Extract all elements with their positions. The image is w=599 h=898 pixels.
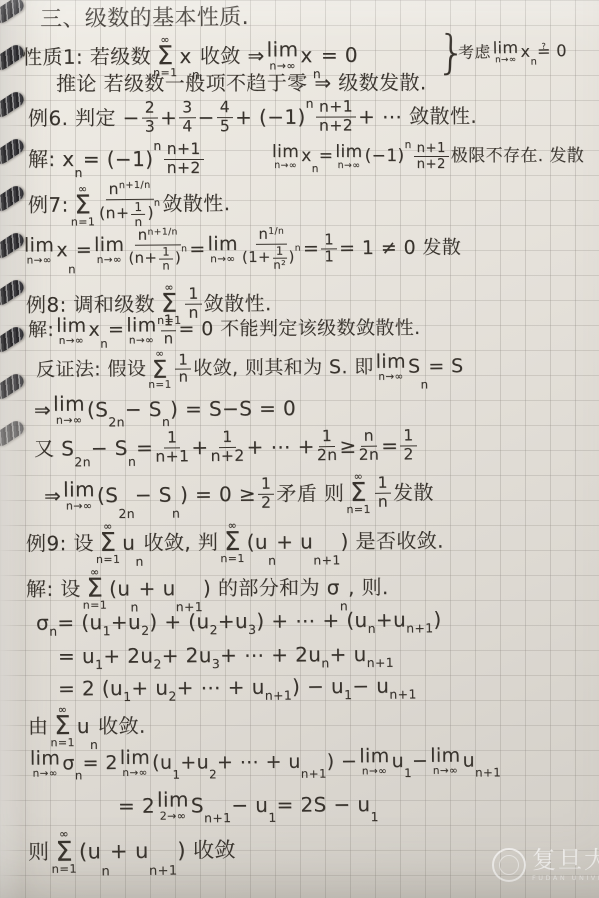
text-run: =: [76, 240, 92, 262]
text-run: n+1: [167, 142, 201, 158]
sum-lower-bound: n=1: [346, 504, 370, 515]
text-run: +u: [111, 611, 141, 634]
limit-word: lim: [63, 480, 95, 499]
text-run: ) 收敛: [177, 838, 236, 863]
text-run: n: [162, 261, 170, 273]
text-run: u: [392, 751, 405, 773]
subscript: n: [75, 167, 83, 179]
fraction-numerator: 1: [319, 429, 335, 447]
handwritten-line: 解: 设 ∞Σn=1 (un+ un+1) 的部分和为 σn, 则.: [26, 565, 389, 611]
text-run: +: [191, 436, 208, 459]
text-run: (S: [97, 484, 119, 507]
fraction-numerator: 1: [258, 477, 274, 495]
handwritten-line: ⇒ limn→∞ (S2n − Sn) = S−S = 0: [34, 393, 296, 426]
math-fraction: nn+1/n(n+1n)n: [128, 228, 187, 272]
text-run: 1: [162, 246, 170, 258]
limit-word: lim: [208, 235, 238, 253]
text-run: 1: [222, 430, 232, 446]
handwritten-line: 三、级数的基本性质.: [40, 5, 249, 32]
fraction-numerator: n+1: [164, 142, 204, 160]
fraction-numerator: nn+1/n: [106, 182, 154, 200]
fraction-denominator: (n+1n)n: [128, 245, 187, 273]
subscript: 1: [95, 659, 103, 671]
fraction-numerator: n: [361, 429, 377, 447]
text-run: 5: [220, 119, 230, 135]
text-run: , 则.: [348, 576, 389, 599]
limit-subscript: n→∞: [122, 768, 147, 779]
fraction-numerator: 1: [175, 353, 191, 370]
handwritten-line: 反证法: 假设 ∞Σn=1 1n 收敛, 则其和为 S. 即 limn→∞ Sn…: [36, 346, 464, 392]
subscript: 2: [141, 624, 149, 636]
text-run: u: [122, 531, 135, 554]
limit-subscript: n→∞: [210, 254, 235, 265]
text-run: 收敛, 则其和为 S. 即: [193, 357, 374, 380]
text-run: = 0: [321, 43, 358, 66]
spiral-coil-icon: [0, 418, 26, 449]
text-run: = 2: [83, 753, 118, 775]
subscript: 1: [344, 689, 352, 701]
sum-operator: ∞Σn=1: [148, 349, 172, 391]
text-run: =: [303, 239, 319, 261]
spiral-coil-icon: [0, 324, 26, 355]
limit-operator: limn→∞: [63, 480, 95, 511]
spiral-coil-icon: [0, 230, 26, 261]
text-run: −: [412, 751, 428, 773]
limit-operator: limn→∞: [376, 353, 407, 383]
text-run: 三、级数的基本性质.: [40, 5, 249, 32]
limit-word: lim: [120, 749, 150, 767]
text-run: S: [408, 357, 421, 379]
limit-word: lim: [376, 353, 406, 371]
limit-operator: limn→∞: [430, 747, 460, 777]
sigma-symbol: Σ: [157, 45, 174, 67]
text-run: + ⋯ 敛散性.: [358, 104, 477, 128]
fraction-numerator: 1: [161, 314, 177, 331]
text-run: u: [77, 715, 90, 738]
fraction-denominator: 2: [403, 446, 413, 463]
fraction-denominator: n²: [273, 259, 286, 272]
text-run: n: [164, 332, 174, 347]
fraction-numerator: 1: [219, 430, 235, 448]
fraction-denominator: 3: [145, 118, 155, 135]
text-run: 2: [403, 447, 413, 463]
superscript: n: [153, 140, 161, 152]
text-run: 反证法: 假设: [36, 359, 146, 382]
subscript: 1: [404, 768, 412, 780]
text-run: +: [160, 106, 177, 129]
text-run: − S: [91, 436, 128, 459]
text-run: = 2 (u: [58, 677, 123, 701]
fraction-denominator: n: [162, 260, 170, 273]
fraction-numerator: 1: [164, 430, 180, 448]
text-run: 1: [322, 429, 332, 445]
limit-word: lim: [430, 747, 460, 765]
text-run: = 1 ≠ 0 发散: [339, 238, 461, 261]
text-run: 发散: [393, 481, 434, 504]
sigma-symbol: Σ: [86, 578, 103, 600]
text-run: =: [189, 239, 205, 261]
sum-operator: ∞Σn=1: [220, 520, 245, 564]
text-run: ⇒: [44, 484, 61, 507]
text-run: 1: [134, 200, 142, 212]
math-fraction: n+1n+2: [316, 99, 356, 133]
fraction-denominator: n+2: [211, 447, 245, 464]
sigma-symbol: Σ: [350, 482, 367, 504]
subscript: n+1: [475, 767, 501, 779]
limit-subscript: n→∞: [274, 161, 297, 170]
math-fraction: n2n: [358, 429, 379, 463]
handwritten-line: 例6. 判定 −23 + 34 − 45 + (−1)n n+1n+2 + ⋯ …: [28, 99, 477, 136]
superscript: n: [405, 140, 412, 151]
handwritten-line: 由 ∞Σn=1 un 收敛.: [28, 704, 146, 749]
text-run: ): [433, 608, 441, 631]
subscript: n+1: [204, 812, 231, 825]
limit-operator: limn→∞: [94, 236, 124, 266]
subscript: 2n: [74, 456, 91, 469]
text-run: x: [301, 147, 311, 167]
text-run: + (−1): [235, 105, 306, 128]
text-run: n: [178, 371, 188, 386]
subscript: 2n: [118, 508, 135, 521]
text-run: 性质1: 若级数: [22, 45, 151, 69]
text-run: (u: [247, 530, 268, 553]
fraction-numerator: 3: [179, 100, 195, 118]
text-run: ) + (u: [149, 610, 209, 634]
text-run: 4: [182, 119, 192, 135]
text-run: (1+: [242, 251, 271, 266]
limit-subscript: n→∞: [338, 161, 361, 170]
text-run: + ⋯ + u: [217, 752, 301, 774]
text-run: (n+: [128, 252, 157, 267]
sigma-symbol: Σ: [74, 194, 91, 216]
fraction-numerator: 1: [400, 428, 416, 446]
subscript: 1: [172, 769, 180, 781]
text-run: (S: [87, 398, 108, 421]
handwritten-line: 例7: ∞Σn=1 nn+1/n(n+1n)n 敛散性.: [28, 181, 231, 229]
sum-lower-bound: n=1: [71, 216, 95, 227]
sum-lower-bound: n=1: [96, 554, 120, 565]
text-run: +u: [376, 609, 406, 632]
subscript: 1: [371, 811, 379, 823]
text-run: n: [258, 228, 268, 243]
text-run: (u: [152, 752, 172, 774]
subscript: n+1: [265, 689, 292, 702]
handwritten-line: 解: xn = (−1)n n+1n+2: [28, 142, 206, 176]
sum-lower-bound: n=1: [148, 380, 171, 391]
text-run: 1: [261, 477, 271, 493]
limit-word: lim: [335, 144, 362, 160]
math-fraction: 12: [258, 477, 275, 511]
text-run: ) = S−S = 0: [170, 397, 296, 421]
fraction-numerator: 1: [185, 287, 201, 305]
text-run: 1: [324, 233, 334, 248]
handwritten-line: 例9: 设 ∞Σn=1 un 收敛, 判 ∞Σn=1 (un + un+1) 是…: [26, 519, 444, 566]
text-run: u: [462, 750, 475, 772]
sum-operator: ∞Σn=1: [346, 471, 371, 515]
limit-subscript: n→∞: [59, 335, 84, 346]
text-run: = (u: [57, 611, 102, 634]
math-fraction: 23: [142, 100, 159, 134]
text-run: + u: [330, 643, 367, 666]
subscript: n: [75, 770, 83, 782]
text-run: x: [520, 43, 530, 62]
text-run: + u: [110, 839, 149, 864]
spiral-coil-icon: [0, 183, 26, 214]
text-run: 1: [324, 251, 334, 266]
limit-operator: limn→∞: [359, 747, 389, 777]
text-run: ) 是否收敛.: [340, 529, 443, 553]
text-run: 极限不存在. 发散: [451, 147, 584, 167]
spiral-coil-icon: [0, 0, 26, 26]
text-run: ) − u: [292, 675, 344, 698]
text-run: ≟ 0: [537, 42, 567, 61]
fraction-denominator: 2n: [359, 446, 380, 463]
subscript: 1: [103, 625, 111, 637]
sum-operator: ∞Σn=1: [51, 829, 77, 876]
text-run: 3: [145, 119, 155, 135]
subscript: n: [172, 507, 180, 519]
text-run: + u: [276, 530, 313, 553]
subscript: 2: [153, 658, 161, 670]
text-run: − u: [352, 675, 389, 698]
limit-subscript: n→∞: [378, 372, 403, 383]
text-run: 2n: [359, 447, 380, 463]
fraction-numerator: n1/n: [255, 228, 287, 245]
text-run: + ⋯ +: [246, 435, 314, 459]
limit-word: lim: [272, 144, 299, 160]
text-run: − u: [231, 794, 268, 817]
text-run: 收敛, 判: [143, 531, 218, 555]
text-run: σ: [62, 753, 75, 775]
sum-lower-bound: n=1: [52, 863, 78, 875]
fraction-denominator: n+2: [319, 117, 353, 134]
text-run: 1: [188, 287, 198, 303]
limit-operator: limn→∞: [493, 40, 519, 65]
text-run: = (−1): [83, 148, 154, 171]
subscript: 2: [210, 624, 218, 636]
text-run: = 2S − u: [276, 793, 370, 817]
math-fraction: 12: [400, 428, 417, 462]
math-fraction: 12n: [317, 429, 338, 463]
sum-lower-bound: n=1: [220, 553, 244, 564]
math-fraction: 1n: [161, 314, 177, 347]
superscript: n: [295, 244, 301, 253]
handwritten-line: limn→∞ xn = limn→∞ (−1)n n+1n+2 极限不存在. 发…: [270, 142, 584, 172]
text-run: x: [300, 44, 312, 67]
text-run: =: [108, 320, 124, 342]
text-run: 收敛.: [98, 714, 146, 737]
subscript: n+1: [367, 657, 394, 670]
subscript: n: [128, 456, 136, 468]
math-fraction: 1n+2: [210, 430, 244, 464]
limit-operator: limn→∞: [53, 395, 85, 426]
fraction-denominator: 1: [324, 250, 334, 266]
math-fraction: nn+1/n(n+1n)n: [99, 182, 161, 228]
text-run: 敛散性.: [162, 193, 230, 217]
subscript: n+1: [389, 688, 416, 701]
text-run: − S: [135, 483, 172, 506]
text-run: = 2: [118, 795, 155, 818]
text-run: = 0 不能判定该级数敛散性.: [178, 318, 420, 341]
fraction-numerator: n+1: [316, 99, 356, 117]
limit-operator: limn→∞: [120, 749, 150, 779]
handwritten-line: 推论 若级数一般项不趋于零 ⇒ 级数发散.: [56, 71, 427, 95]
text-run: = u: [58, 645, 95, 668]
text-run: 2: [261, 495, 271, 511]
math-fraction: 1n²: [273, 245, 287, 271]
text-run: ) −: [327, 751, 358, 773]
subscript: 3: [248, 624, 256, 636]
text-run: n: [364, 429, 374, 445]
sigma-symbol: Σ: [224, 531, 241, 553]
text-run: (n+: [99, 206, 129, 222]
text-run: n+2: [319, 118, 353, 134]
limit-operator: limn→∞: [56, 316, 86, 346]
limit-word: lim: [493, 40, 519, 56]
limit-word: lim: [359, 747, 389, 765]
math-fraction: n+1n+2: [164, 142, 204, 176]
math-fraction: n1/n(1+1n²)n: [242, 228, 301, 272]
fraction-denominator: 4: [182, 118, 192, 135]
spiral-coil-icon: [0, 42, 26, 73]
text-run: 推论 若级数一般项不趋于零 ⇒ 级数发散.: [56, 71, 427, 95]
sum-operator: ∞Σn=1: [70, 183, 95, 227]
limit-operator: limn→∞: [272, 144, 299, 170]
text-run: 4: [220, 100, 230, 116]
text-run: 1: [167, 430, 177, 446]
subscript: 3: [212, 658, 220, 670]
fraction-denominator: 5: [220, 118, 230, 135]
subscript: n+1: [406, 622, 433, 635]
text-run: + u: [131, 677, 168, 700]
subscript: n: [101, 865, 110, 878]
handwriting-layer: 三、级数的基本性质.性质1: 若级数 ∞Σn=1 xn 收敛 ⇒ limn→∞ …: [0, 0, 599, 898]
handwritten-line: = 2 (u1 + u2 + ⋯ + un+1 ) − u1 − un+1: [58, 674, 417, 700]
limit-subscript: n→∞: [495, 56, 517, 65]
text-run: 考虑: [458, 44, 491, 63]
handwritten-line: 又 S2n − Sn = 1n+1 + 1n+2 + ⋯ + 12n ≥ n2n…: [34, 428, 419, 466]
text-run: =: [136, 436, 153, 459]
text-run: +u: [218, 610, 248, 633]
handwritten-line: limn→∞ xn = limn→∞ nn+1/n(n+1n)n = limn→…: [22, 226, 462, 273]
subscript: n+1: [149, 864, 178, 877]
fraction-numerator: nn+1/n: [135, 228, 181, 245]
text-run: n: [378, 494, 388, 510]
fraction-denominator: n: [378, 493, 388, 510]
limit-subscript: n→∞: [269, 60, 296, 71]
fraction-denominator: n+2: [417, 157, 446, 171]
superscript: n: [181, 245, 187, 254]
handwritten-line: = u1 + 2u2 + 2u3 + ⋯ + 2un + un+1: [58, 643, 394, 668]
text-run: n+1: [319, 99, 353, 115]
superscript: n: [154, 199, 161, 209]
text-run: (u: [109, 577, 130, 600]
fraction-numerator: 1: [131, 200, 145, 214]
sum-operator: ∞Σn=1: [96, 521, 121, 565]
sigma-symbol: Σ: [54, 715, 71, 737]
text-run: n: [138, 229, 148, 244]
sigma-symbol: Σ: [152, 359, 168, 380]
math-fraction: n+1n+2: [414, 142, 449, 172]
limit-subscript: n→∞: [433, 766, 458, 777]
text-run: S: [191, 794, 204, 817]
subscript: 1: [268, 811, 276, 823]
spiral-coil-icon: [0, 136, 26, 167]
math-fraction: 1n: [375, 476, 392, 510]
limit-operator: limn→∞: [126, 316, 156, 346]
superscript: n: [306, 98, 314, 110]
limit-operator: limn→∞: [208, 235, 238, 265]
subscript: n: [368, 622, 376, 634]
math-fraction: 45: [217, 100, 234, 134]
text-run: n+2: [417, 158, 446, 171]
text-run: 2: [145, 101, 155, 117]
sum-operator: ∞Σn=1: [50, 704, 75, 748]
text-run: = S: [428, 356, 463, 378]
handwritten-line: 解: limn→∞ xn = limn→∞ 1n = 0 不能判定该级数敛散性.: [28, 313, 421, 348]
text-run: 矛盾 则: [276, 482, 344, 506]
handwritten-line: 则 ∞Σn=1 (un + un+1 ) 收敛: [28, 827, 236, 875]
subscript: 2n: [108, 416, 125, 429]
text-run: x: [88, 320, 100, 342]
text-run: + 2u: [162, 644, 212, 667]
fraction-numerator: 2: [142, 100, 158, 118]
superscript: n+1/n: [119, 180, 151, 190]
limit-word: lim: [157, 790, 189, 809]
text-run: −: [198, 106, 215, 129]
text-run: n²: [273, 260, 286, 272]
text-run: 2n: [317, 448, 338, 464]
text-run: n+2: [167, 161, 201, 177]
text-run: n+2: [211, 448, 245, 464]
text-run: ) + ⋯ + (u: [256, 609, 367, 633]
limit-operator: limn→∞: [335, 144, 362, 170]
sigma-symbol: Σ: [100, 532, 117, 554]
text-run: + 2u: [103, 645, 153, 668]
limit-subscript: n→∞: [362, 766, 387, 777]
limit-word: lim: [94, 236, 124, 254]
text-run: 例6. 判定 −: [28, 106, 140, 130]
text-run: 1: [378, 476, 388, 492]
text-run: − S: [125, 398, 162, 421]
text-run: x: [56, 240, 68, 262]
handwritten-line: ⇒ limn→∞ (S2n − Sn) = 0 ≥ 12 矛盾 则 ∞Σn=1 …: [44, 470, 434, 517]
math-fraction: 1n: [131, 200, 145, 227]
text-run: 1: [403, 428, 413, 444]
subscript: n: [49, 625, 57, 637]
limit-subscript: n→∞: [97, 255, 122, 266]
subscript: n+1: [301, 768, 327, 780]
text-run: (−1): [365, 147, 405, 167]
superscript: n+1/n: [147, 227, 177, 236]
sum-operator: ∞Σn=1: [83, 567, 108, 611]
spiral-coil-icon: [0, 89, 26, 120]
math-fraction: 11: [321, 233, 337, 266]
fraction-denominator: n+1: [155, 448, 189, 465]
math-fraction: 1n: [175, 353, 191, 386]
subscript: 1: [123, 691, 131, 703]
limit-word: lim: [126, 316, 156, 334]
text-run: 1: [276, 246, 284, 258]
fraction-denominator: (n+1n)n: [99, 199, 161, 228]
notebook-page: 复旦大学 FUDAN UNIVERSITY 三、级数的基本性质.性质1: 若级数…: [0, 0, 599, 898]
fraction-denominator: (1+1n²)n: [242, 244, 301, 272]
text-run: ≥: [339, 434, 356, 457]
handwritten-line: = 2 lim2→∞ Sn+1 − u1 = 2S − u1: [118, 789, 379, 822]
subscript: n: [321, 657, 329, 669]
math-fraction: 1n: [159, 246, 173, 272]
text-run: 3: [182, 100, 192, 116]
